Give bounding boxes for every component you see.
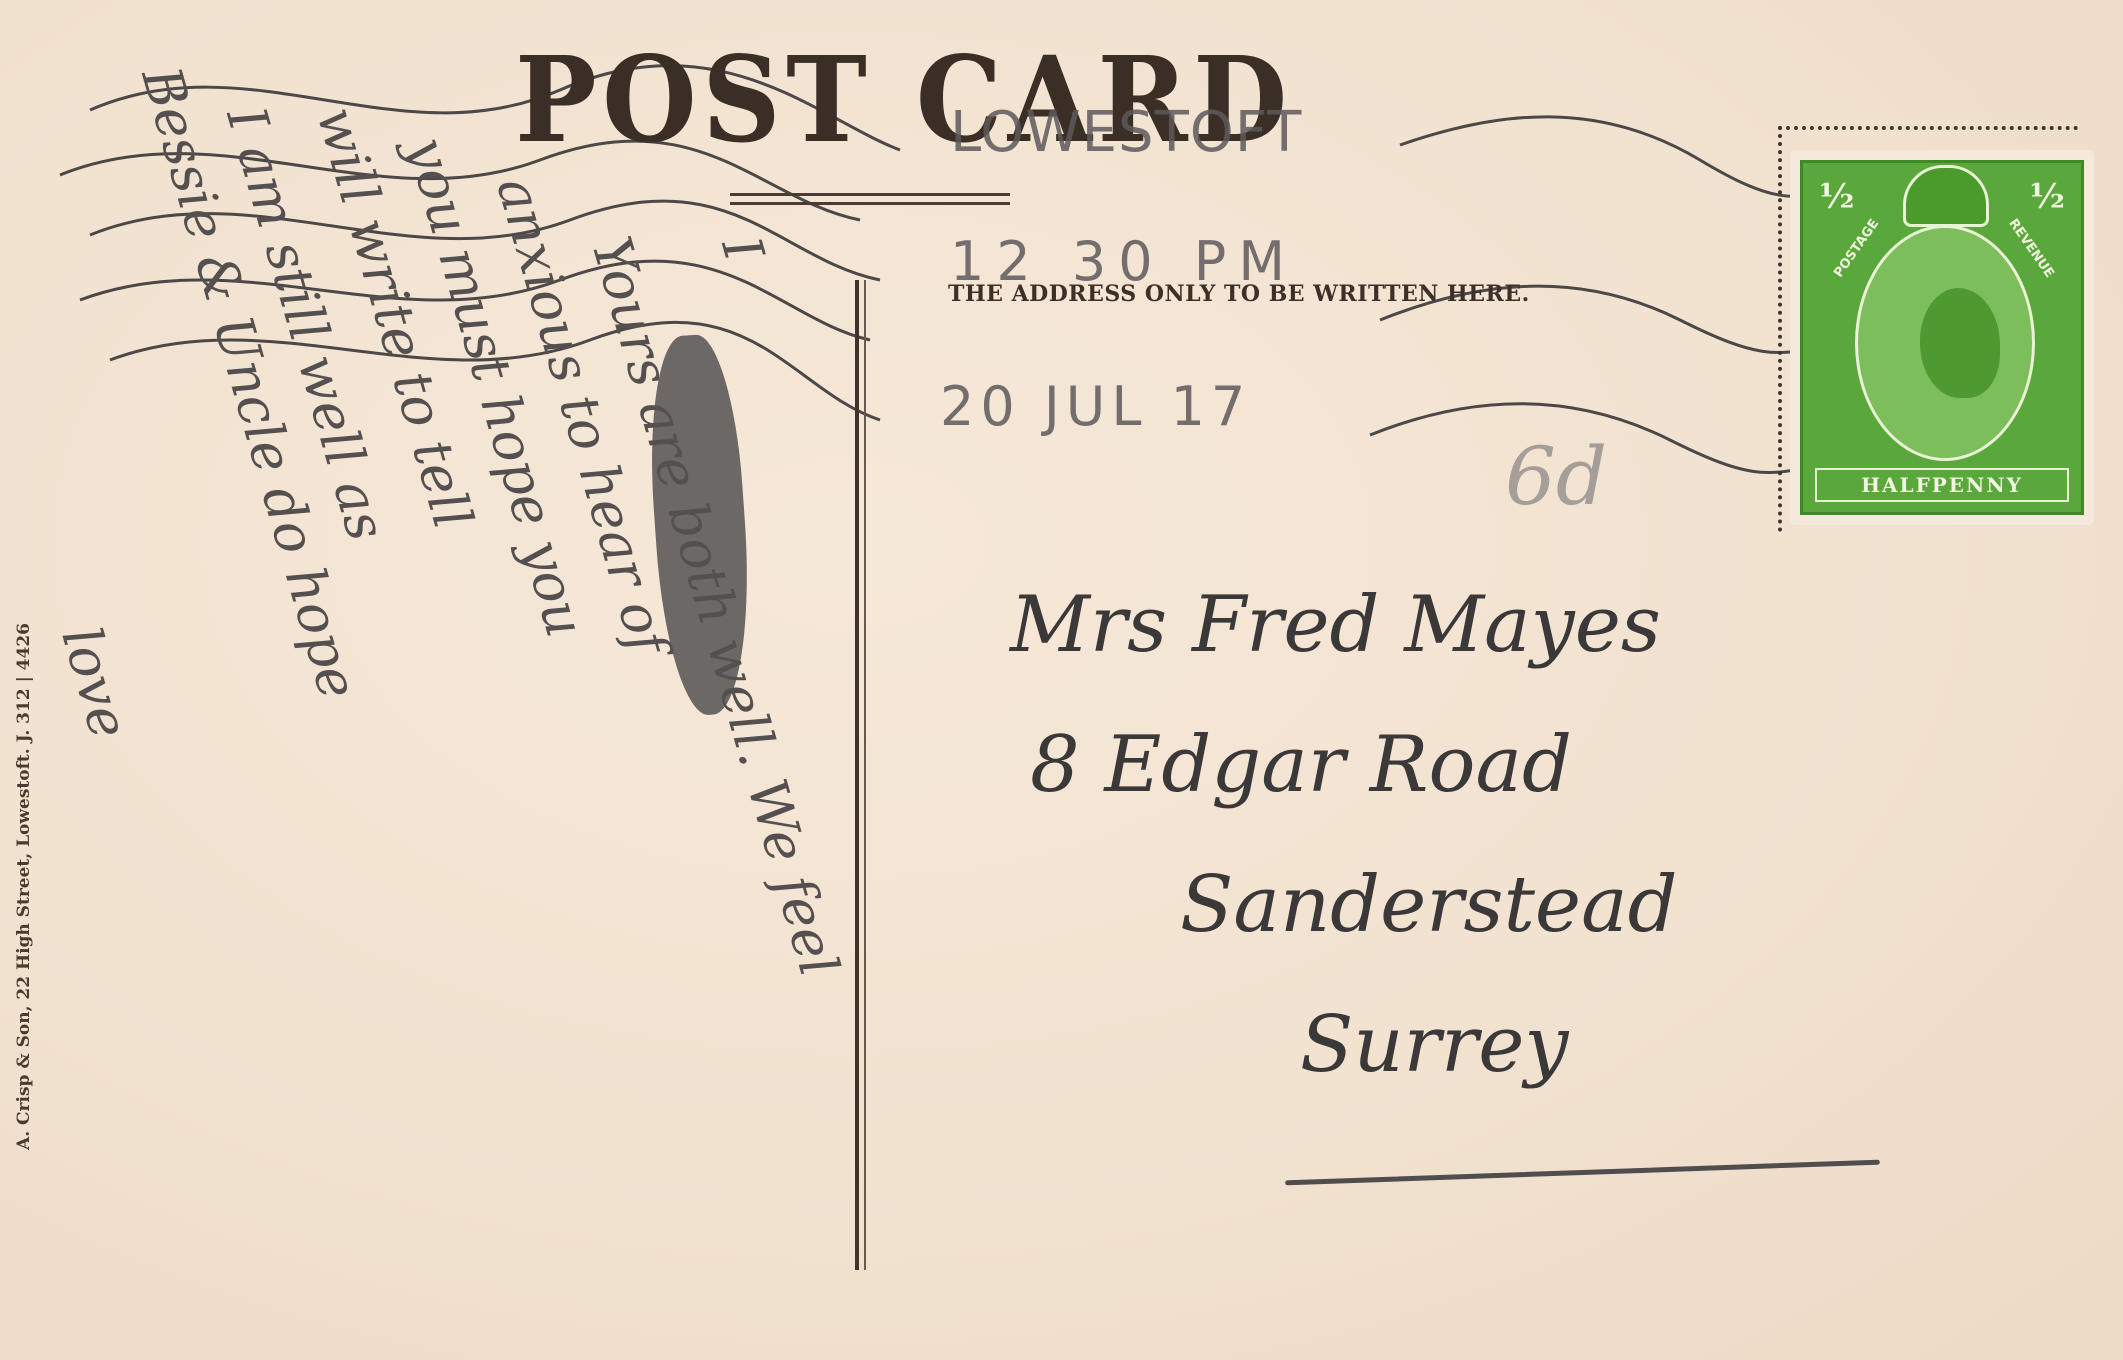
postage-stamp: ½ ½ POSTAGE REVENUE HALFPENNY [1790,150,2094,525]
address-line-street: 8 Edgar Road [1030,720,1572,810]
pencil-mark: 6d [1505,430,1607,523]
address-line-town: Sanderstead [1180,860,1678,950]
stamp-denomination: HALFPENNY [1815,468,2069,502]
stamp-design: ½ ½ POSTAGE REVENUE HALFPENNY [1800,160,2084,515]
address-line-county: Surrey [1300,1000,1568,1090]
crown-icon [1903,165,1989,227]
heading-rule-bottom [730,202,1010,205]
heading-rule-top [730,193,1010,196]
postmark-town: LOWESTOFT [950,100,1302,165]
portrait-oval [1855,225,2035,461]
postmark-date: 20 JUL 17 [940,375,1251,438]
postcard-back: POST CARD A. Crisp & Son, 22 High Street… [0,0,2123,1360]
publisher-imprint: A. Crisp & Son, 22 High Street, Lowestof… [14,623,34,1150]
address-line-name: Mrs Fred Mayes [1010,580,1661,670]
card-divider-line [855,280,859,1270]
card-divider-line-inner [864,280,866,1270]
address-instruction: THE ADDRESS ONLY TO BE WRITTEN HERE. [948,281,1530,307]
stamp-value-right: ½ [2030,177,2065,217]
stamp-value-left: ½ [1819,177,1854,217]
king-portrait-icon [1920,288,2000,398]
